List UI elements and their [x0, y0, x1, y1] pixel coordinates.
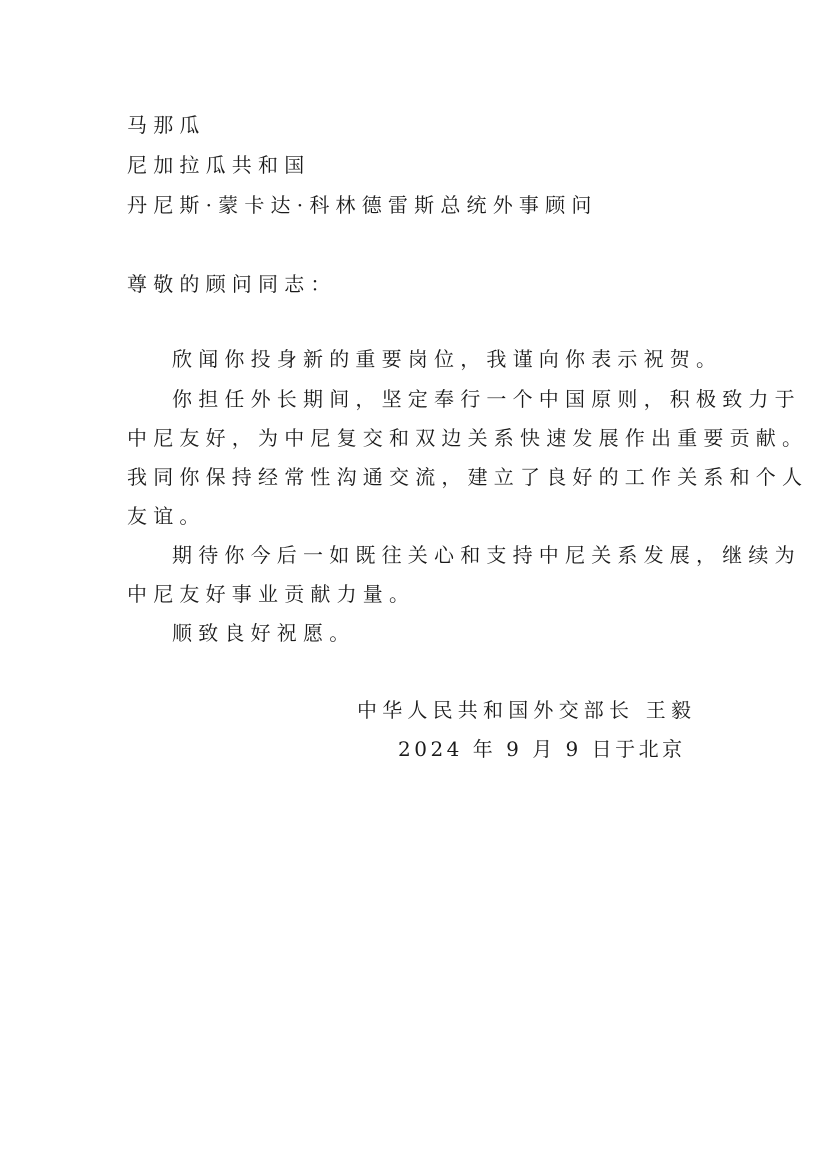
salutation: 尊敬的顾问同志： — [127, 272, 337, 296]
signature-date: 2024 年 9 月 9 日于北京 — [398, 737, 686, 761]
body-line: 友谊。 — [127, 504, 206, 528]
recipient-title: 丹尼斯·蒙卡达·科林德雷斯总统外事顾问 — [127, 193, 598, 217]
letter-page: 马那瓜 尼加拉瓜共和国 丹尼斯·蒙卡达·科林德雷斯总统外事顾问 尊敬的顾问同志：… — [0, 0, 825, 1167]
body-line: 中尼友好事业贡献力量。 — [127, 582, 415, 606]
body-line: 欣闻你投身新的重要岗位，我谨向你表示祝贺。 — [172, 347, 722, 371]
body-line: 顺致良好祝愿。 — [172, 621, 355, 645]
body-line: 中尼友好，为中尼复交和双边关系快速发展作出重要贡献。 — [127, 426, 808, 450]
body-line: 我同你保持经常性沟通交流，建立了良好的工作关系和个人 — [127, 465, 808, 489]
signature-sender: 中华人民共和国外交部长 王毅 — [357, 698, 696, 722]
body-line: 期待你今后一如既往关心和支持中尼关系发展，继续为 — [172, 543, 801, 567]
body-line: 你担任外长期间，坚定奉行一个中国原则，积极致力于 — [172, 387, 801, 411]
recipient-country: 尼加拉瓜共和国 — [127, 153, 310, 177]
recipient-city: 马那瓜 — [127, 113, 206, 137]
